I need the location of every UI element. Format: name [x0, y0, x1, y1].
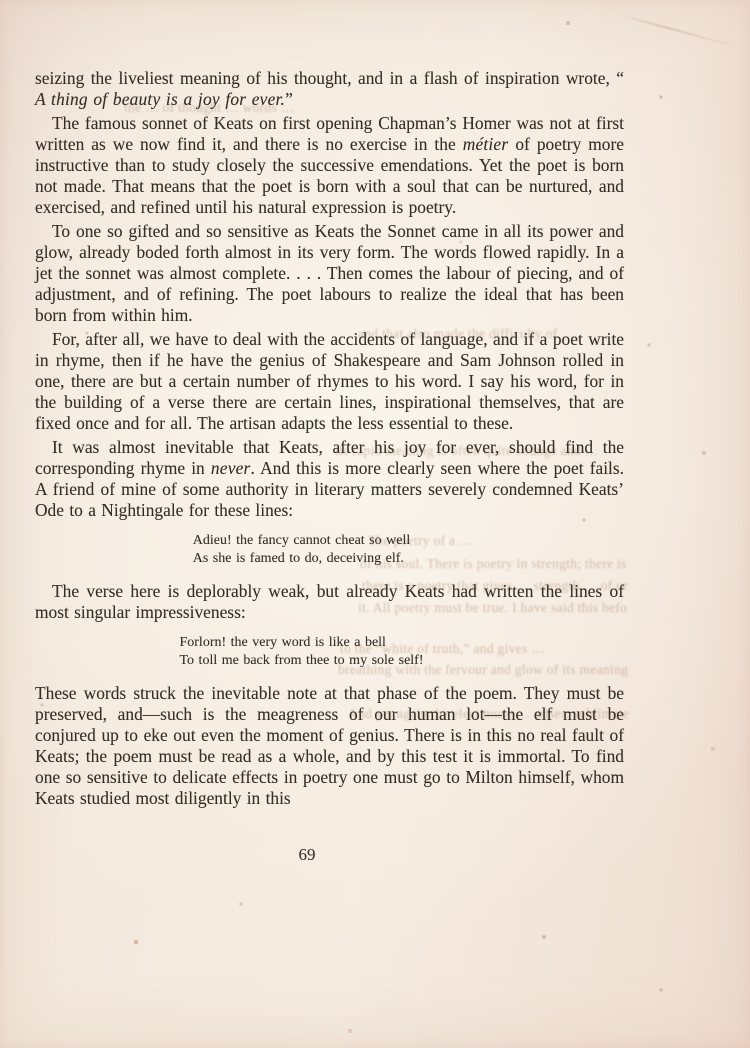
italic-text-run: métier: [463, 134, 509, 154]
italic-text-run: never: [211, 458, 251, 478]
text-run: The verse here is deplorably weak, but a…: [35, 581, 624, 622]
book-page: the … of thought … words …and that also …: [0, 0, 750, 1048]
text-run: seizing the liveliest meaning of his tho…: [35, 68, 624, 88]
paragraph: For, after all, we have to deal with the…: [35, 329, 624, 434]
paragraph: The verse here is deplorably weak, but a…: [35, 581, 624, 623]
text-run: To one so gifted and so sensitive as Kea…: [35, 221, 624, 325]
text-run: ”: [285, 89, 293, 109]
text-run: For, after all, we have to deal with the…: [35, 329, 624, 433]
paragraph: The famous sonnet of Keats on first open…: [35, 113, 624, 218]
paragraph: To one so gifted and so sensitive as Kea…: [35, 221, 624, 326]
paragraph: It was almost inevitable that Keats, aft…: [35, 437, 624, 521]
verse-line: Adieu! the fancy cannot cheat so well: [193, 532, 410, 550]
paper-speckles: [0, 0, 2, 2]
paragraph: These words struck the inevitable note a…: [35, 683, 624, 809]
paper-crease: [617, 13, 741, 48]
verse-quote: Adieu! the fancy cannot cheat so wellAs …: [193, 532, 410, 568]
text-run: These words struck the inevitable note a…: [35, 683, 624, 808]
verse-line: Forlorn! the very word is like a bell: [179, 634, 423, 652]
verse-line: As she is famed to do, deceiving elf.: [193, 550, 410, 568]
text-block: seizing the liveliest meaning of his tho…: [35, 68, 624, 812]
verse-line: To toll me back from thee to my sole sel…: [179, 652, 423, 670]
page-number: 69: [0, 845, 614, 865]
italic-text-run: A thing of beauty is a joy for ever.: [35, 89, 285, 109]
verse-quote: Forlorn! the very word is like a bellTo …: [179, 634, 423, 670]
paragraph: seizing the liveliest meaning of his tho…: [35, 68, 624, 110]
